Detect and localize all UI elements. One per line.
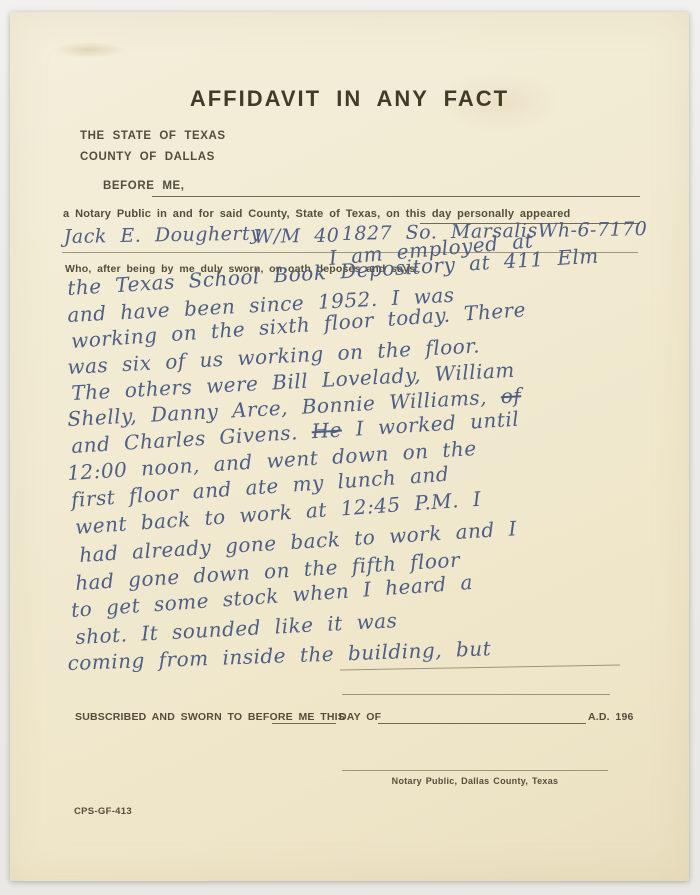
county-line: COUNTY OF DALLAS xyxy=(80,151,215,163)
day-blank-line xyxy=(272,723,336,724)
deponent-signature-line xyxy=(340,665,620,671)
state-line: THE STATE OF TEXAS xyxy=(80,130,226,142)
before-me-blank-line xyxy=(152,196,640,197)
subscribed-label: SUBSCRIBED AND SWORN TO BEFORE ME THIS xyxy=(75,711,345,723)
paper-stain xyxy=(55,42,125,58)
deponent-descriptor: W/M 40 xyxy=(254,225,340,248)
crossed-out-word: of xyxy=(500,383,522,408)
deponent-name: Jack E. Dougherty xyxy=(64,223,262,248)
notary-signature-line xyxy=(342,770,608,771)
affidavit-paper: AFFIDAVIT IN ANY FACT THE STATE OF TEXAS… xyxy=(10,12,689,881)
month-blank-line xyxy=(378,723,586,724)
deponent-phone: Wh-6-7170 xyxy=(538,218,648,242)
notary-caption: Notary Public, Dallas County, Texas xyxy=(342,776,608,786)
crossed-out-word: He xyxy=(311,417,343,443)
notary-intro: a Notary Public in and for said County, … xyxy=(63,208,570,220)
signature-line xyxy=(342,694,610,695)
form-number: CPS-GF-413 xyxy=(74,806,132,817)
ad-year-label: A.D. 196 xyxy=(588,711,634,723)
before-me-label: BEFORE ME, xyxy=(103,180,185,192)
day-of-label: DAY OF xyxy=(339,711,381,723)
form-title: AFFIDAVIT IN ANY FACT xyxy=(10,86,689,112)
